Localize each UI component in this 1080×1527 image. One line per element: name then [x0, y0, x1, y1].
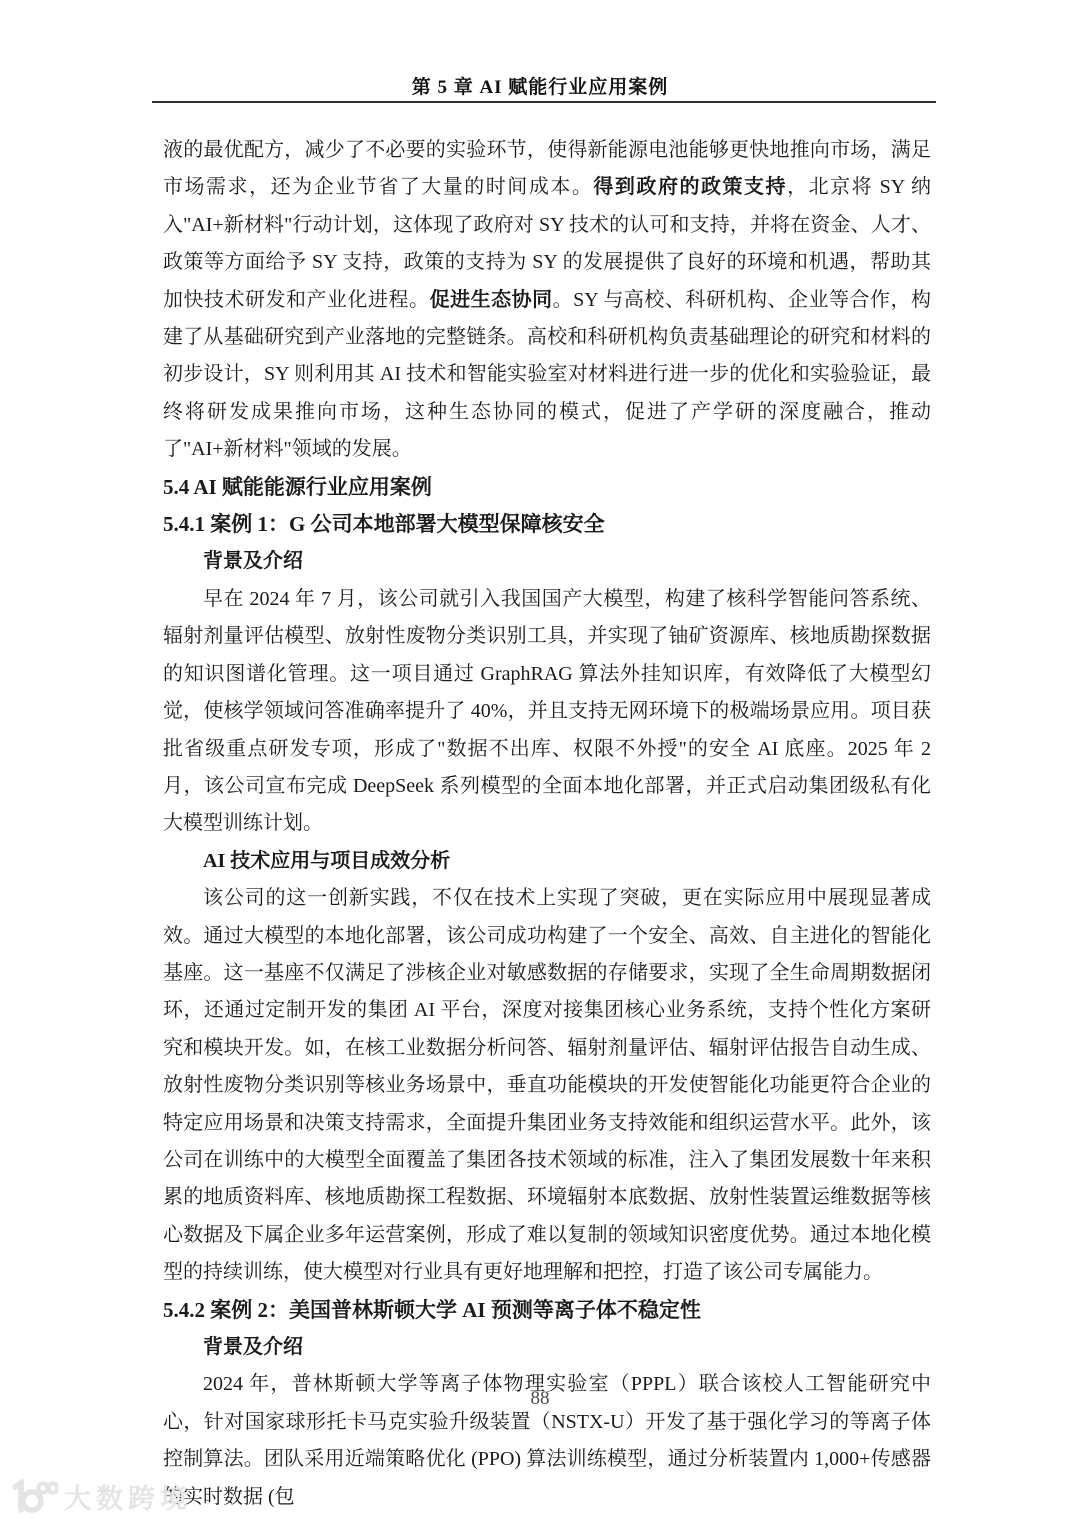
body-text: 。SY 与高校、科研机构、企业等合作，构建了从基础研究到产业落地的完整链条。高校…: [163, 289, 931, 461]
document-page: 第 5 章 AI 赋能行业应用案例 液的最优配方，减少了不必要的实验环节，使得新…: [0, 0, 1080, 1527]
watermark-label: 大数跨境: [64, 1477, 192, 1516]
section-heading-5-4: 5.4 AI 赋能能源行业应用案例: [163, 469, 931, 506]
header-rule: [152, 101, 936, 103]
subheading-background-1: 背景及介绍: [163, 543, 931, 580]
section-heading-5-4-1: 5.4.1 案例 1：G 公司本地部署大模型保障核安全: [163, 506, 931, 543]
bold-phrase-policy-support: 得到政府的政策支持: [593, 176, 787, 198]
dashu-kuajing-logo-icon: [10, 1479, 58, 1515]
page-number: 88: [0, 1388, 1080, 1410]
paragraph-case1-background: 早在 2024 年 7 月，该公司就引入我国国产大模型，构建了核科学智能问答系统…: [163, 581, 931, 843]
document-body: 液的最优配方，减少了不必要的实验环节，使得新能源电池能够更快地推向市场，满足市场…: [163, 132, 931, 1516]
paragraph-continuation: 液的最优配方，减少了不必要的实验环节，使得新能源电池能够更快地推向市场，满足市场…: [163, 132, 931, 469]
subheading-ai-analysis: AI 技术应用与项目成效分析: [163, 843, 931, 880]
paragraph-case1-analysis: 该公司的这一创新实践，不仅在技术上实现了突破，更在实际应用中展现显著成效。通过大…: [163, 880, 931, 1291]
bold-phrase-eco-synergy: 促进生态协同: [430, 289, 553, 311]
watermark: 大数跨境: [10, 1477, 192, 1516]
chapter-header: 第 5 章 AI 赋能行业应用案例: [0, 72, 1080, 99]
section-heading-5-4-2: 5.4.2 案例 2：美国普林斯顿大学 AI 预测等离子体不稳定性: [163, 1292, 931, 1329]
subheading-background-2: 背景及介绍: [163, 1329, 931, 1366]
